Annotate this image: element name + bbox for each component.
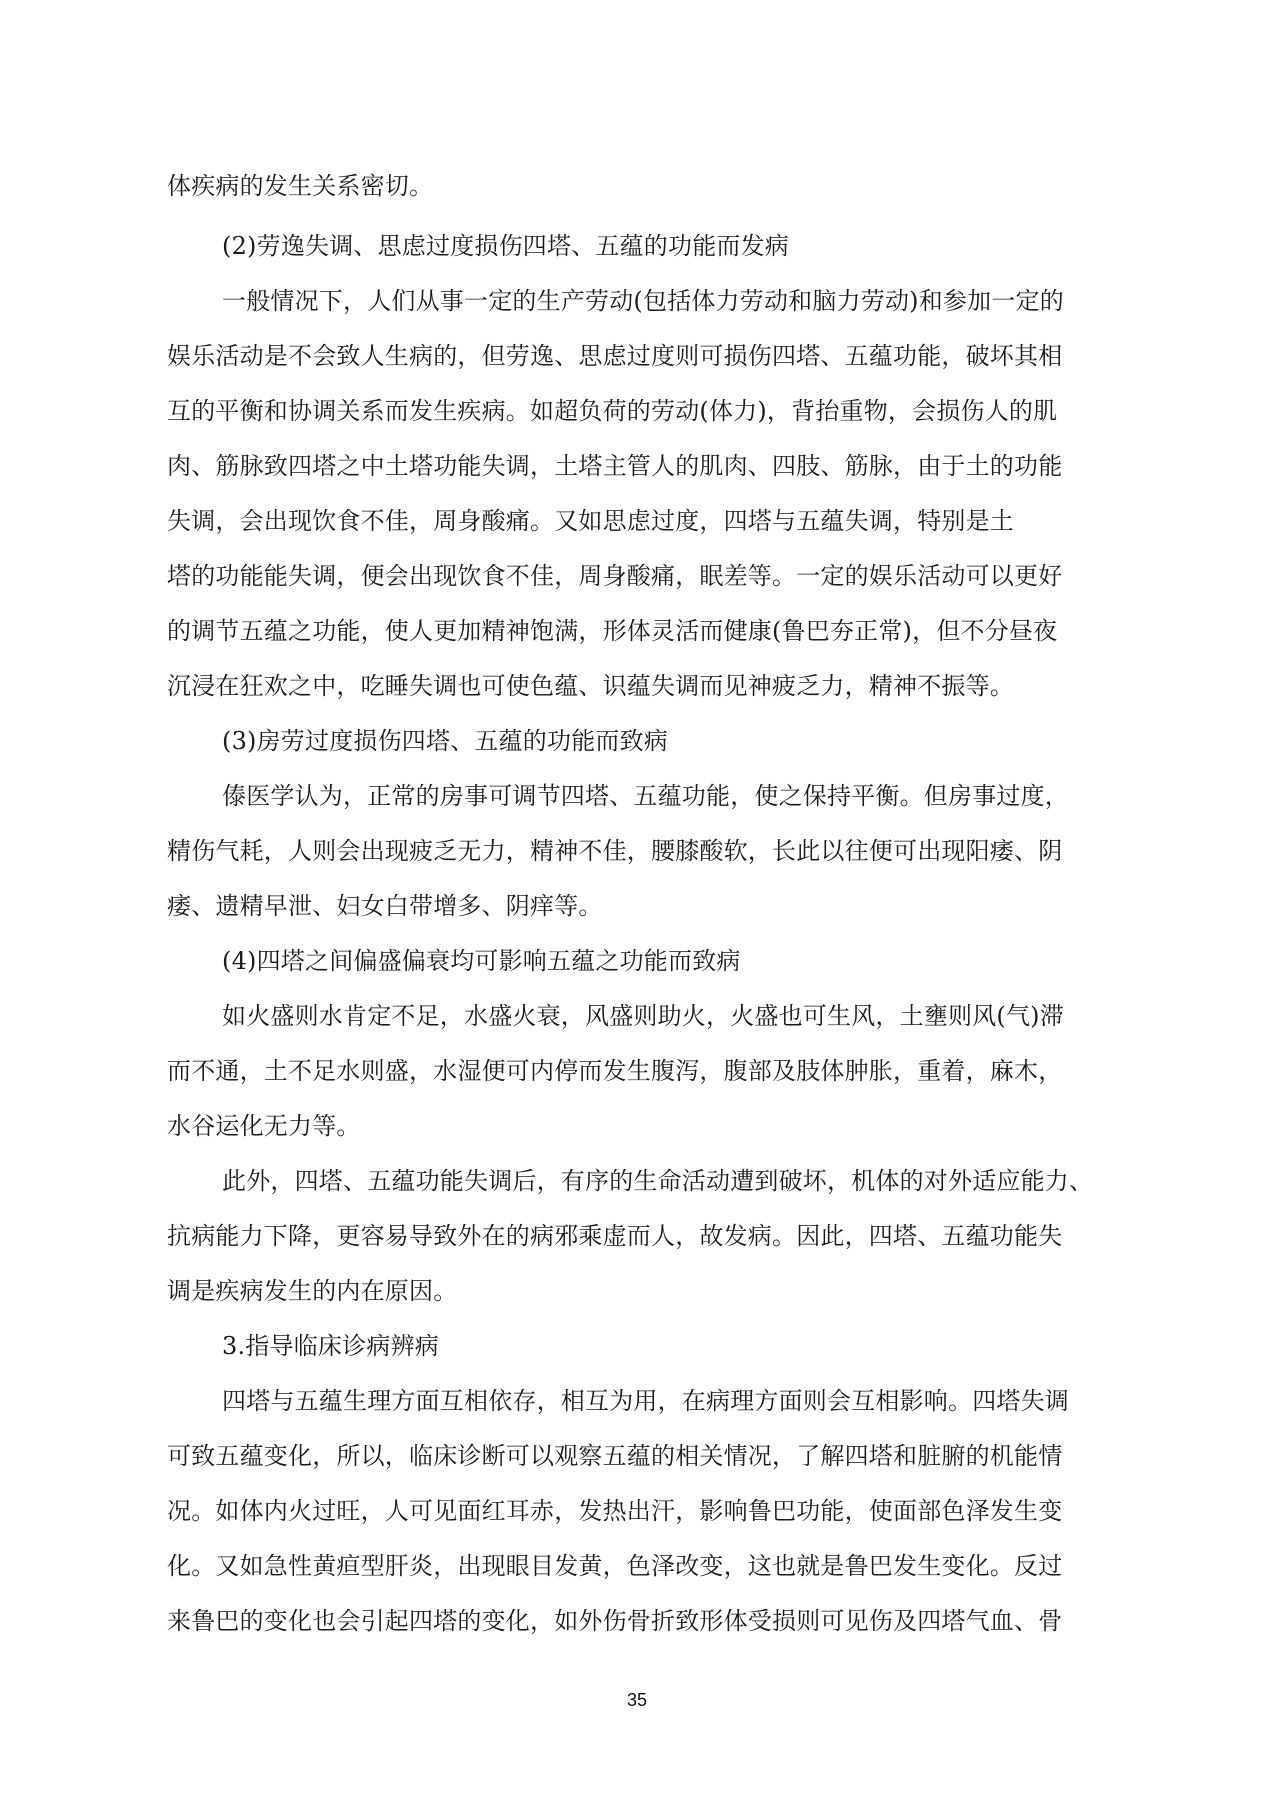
text-line: 塔的功能能失调，便会出现饮食不佳，周身酸痛，眠差等。一定的娱乐活动可以更好: [167, 561, 1062, 591]
text-line: 的调节五蕴之功能，使人更加精神饱满，形体灵活而健康(鲁巴夯正常)，但不分昼夜: [167, 616, 1057, 646]
text-line: 痿、遗精早泄、妇女白带增多、阴痒等。: [167, 891, 603, 921]
page-number: 35: [0, 1690, 1274, 1711]
text-line: 沉浸在狂欢之中，吃睡失调也可使色蕴、识蕴失调而见神疲乏力，精神不振等。: [167, 671, 1014, 701]
text-line: (2)劳逸失调、思虑过度损伤四塔、五蕴的功能而发病: [222, 231, 789, 261]
text-line: 四塔与五蕴生理方面互相依存，相互为用，在病理方面则会互相影响。四塔失调: [222, 1386, 1069, 1416]
text-line: 抗病能力下降，更容易导致外在的病邪乘虚而人，故发病。因此，四塔、五蕴功能失: [167, 1221, 1062, 1251]
text-line: 可致五蕴变化，所以，临床诊断可以观察五蕴的相关情况，了解四塔和脏腑的机能情: [167, 1441, 1062, 1471]
text-line: 化。又如急性黄疸型肝炎，出现眼目发黄，色泽改变，这也就是鲁巴发生变化。反过: [167, 1551, 1062, 1581]
text-line: 失调，会出现饮食不佳，周身酸痛。又如思虑过度，四塔与五蕴失调，特别是土: [167, 506, 1014, 536]
document-page: 体疾病的发生关系密切。(2)劳逸失调、思虑过度损伤四塔、五蕴的功能而发病一般情况…: [0, 0, 1274, 1801]
text-line: (3)房劳过度损伤四塔、五蕴的功能而致病: [222, 726, 668, 756]
text-line: 来鲁巴的变化也会引起四塔的变化，如外伤骨折致形体受损则可见伤及四塔气血、骨: [167, 1606, 1062, 1636]
text-line: 互的平衡和协调关系而发生疾病。如超负荷的劳动(体力)，背抬重物，会损伤人的肌: [167, 396, 1057, 426]
text-line: 此外，四塔、五蕴功能失调后，有序的生命活动遭到破坏，机体的对外适应能力、: [222, 1166, 1093, 1196]
text-line: (4)四塔之间偏盛偏衰均可影响五蕴之功能而致病: [222, 946, 741, 976]
text-line: 水谷运化无力等。: [167, 1111, 361, 1141]
text-line: 肉、筋脉致四塔之中土塔功能失调，土塔主管人的肌肉、四肢、筋脉，由于土的功能: [167, 451, 1062, 481]
text-line: 调是疾病发生的内在原因。: [167, 1276, 457, 1306]
text-line: 3.指导临床诊病辨病: [222, 1331, 439, 1361]
text-line: 精伤气耗，人则会出现疲乏无力，精神不佳，腰膝酸软，长此以往便可出现阳痿、阴: [167, 836, 1062, 866]
text-line: 而不通，土不足水则盛，水湿便可内停而发生腹泻，腹部及肢体肿胀，重着，麻木，: [167, 1056, 1062, 1086]
text-line: 如火盛则水肯定不足，水盛火衰，风盛则助火，火盛也可生风，土壅则风(气)滞: [222, 1001, 1064, 1031]
text-line: 傣医学认为，正常的房事可调节四塔、五蕴功能，使之保持平衡。但房事过度，: [222, 781, 1069, 811]
text-line: 体疾病的发生关系密切。: [167, 171, 433, 201]
text-line: 娱乐活动是不会致人生病的，但劳逸、思虑过度则可损伤四塔、五蕴功能，破坏其相: [167, 341, 1062, 371]
text-line: 况。如体内火过旺，人可见面红耳赤，发热出汗，影响鲁巴功能，使面部色泽发生变: [167, 1496, 1062, 1526]
text-line: 一般情况下，人们从事一定的生产劳动(包括体力劳动和脑力劳动)和参加一定的: [222, 286, 1064, 316]
